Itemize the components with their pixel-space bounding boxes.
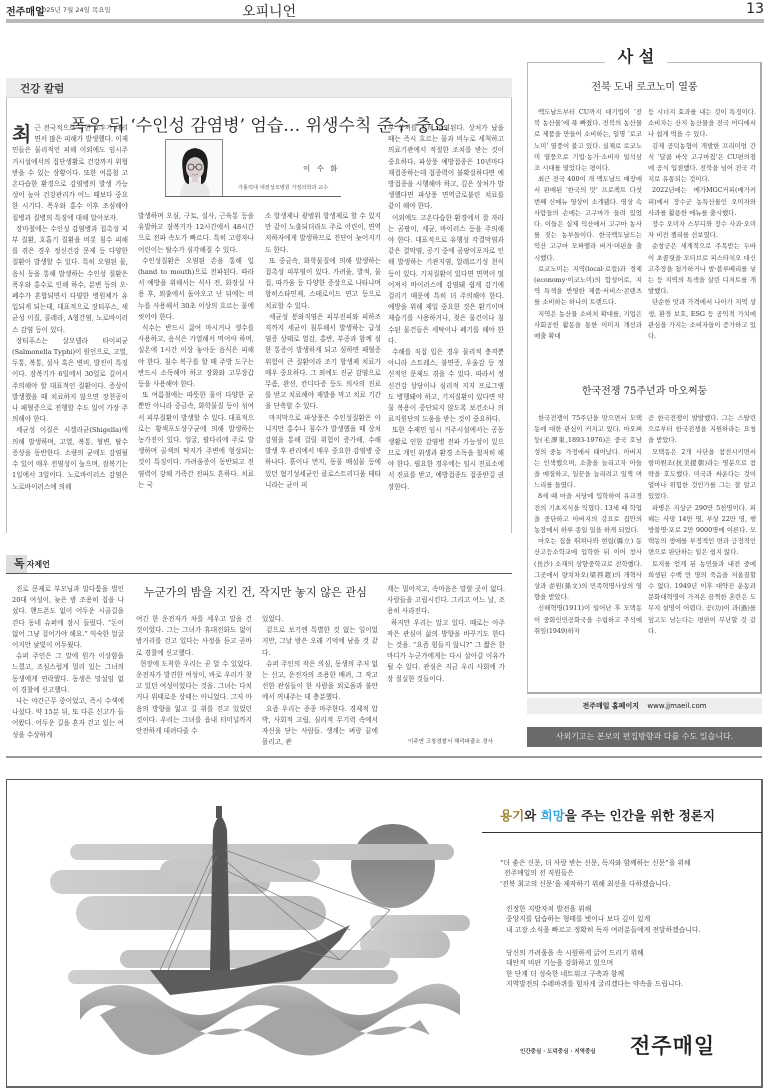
editorial-1-col-1: 맥도날드부터 CU까지 대기업이 ‘전북 농산물’에 푹 빠졌다. 전북의 농산…	[534, 107, 642, 342]
health-text-col-3: 소 항생제나 광범위 항생제로 할 수 있지만 같이 노출되더라도 주로 어린이…	[265, 211, 381, 491]
page-number: 13	[746, 1, 764, 17]
health-text-col-4: 부 상처를 통해 감염된다. 상처가 났을 때는 즉시 흐르는 물과 비누로 세…	[388, 123, 504, 493]
reader-article-title: 누군가의 밤을 지킨 건, 작지만 놓지 않은 관심	[144, 584, 394, 600]
health-text-col-1: 최근 전국적으로 극한 호우가 내리면서 많은 피해가 발생했다. 이재민들은 …	[12, 123, 128, 493]
ad-paragraph-2: 진정한 지방자치 발전을 위해 중앙지를 답습하는 형태를 벗어나 보다 깊이 …	[506, 904, 701, 935]
reader-text-col-2: 여긴 한 운전자가 차를 세우고 말을 건 것이었다. 그는 그녀가 휴대전화도…	[136, 614, 252, 737]
portrait-icon	[166, 140, 223, 197]
section-divider	[6, 756, 762, 758]
drop-cap: 최	[12, 125, 31, 143]
homepage-link[interactable]: www.jjmaeil.com	[647, 702, 706, 710]
editorial-1-col-2: 등 시너지 효과를 내는 것이 특징이다. 소비자는 산지 농산물을 전국 어디…	[648, 107, 756, 342]
reader-text-col-1: 진로 문제로 부모님과 말다툼을 벌인 20대 여성이, 늦은 밤 조용히 집을…	[12, 584, 124, 741]
ad-slogan: 용기와 희망을 주는 인간을 위한 정론지	[500, 806, 715, 824]
ship-lighthouse-illustration-icon	[20, 790, 480, 1070]
paper-logo: 전주매일	[630, 1030, 715, 1060]
health-column-header: 건강 칼럼	[6, 78, 512, 98]
masthead: 전주매일 2025년 7월 24일 목요일 오피니언 13	[0, 0, 768, 22]
issue-date: 2025년 7월 24일 목요일	[38, 5, 111, 14]
reader-column-label: 독자제언	[6, 555, 50, 573]
ad-rule	[482, 832, 762, 833]
section-title: 오피니언	[242, 1, 296, 21]
editorial-title-2: 한국전쟁 75주년과 마오쩌둥	[527, 382, 762, 397]
editorial-2-col-2: 곧 한국전쟁이 발발했다. 그는 스탈린으로부터 한국전쟁을 지원하라는 요청을…	[648, 413, 756, 637]
author-affiliation: 가톨릭대 대전성모병원 가정의학과 교수	[238, 184, 328, 191]
editorial-heading: 사 설	[605, 44, 667, 67]
reader-byline: 이주연 고창경찰서 해리파출소 경사	[408, 737, 493, 745]
reader-text-col-3: 있었다. 겉으로 보기엔 특별한 것 없는 일이었지만, 그날 밤은 오래 기억…	[262, 614, 378, 748]
author-photo	[165, 139, 223, 197]
homepage-label: 전주매일 홈페이지	[582, 702, 639, 710]
editorial-title-1: 전북 도내 로코노미 열풍	[527, 78, 762, 93]
health-text-col-2: 발생하며 오심, 구토, 설사, 근육통 등을 유발하고 잠복기가 12시간에서…	[138, 211, 254, 491]
disclaimer-banner: 사외기고는 본보의 편집방향과 다를 수도 있습니다.	[527, 727, 762, 747]
reader-text-col-4: 계는 멀어지고, 속마음은 말할 곳이 없다. 사람들을 고립시킨다. 그리고 …	[387, 584, 505, 685]
photo-rule	[165, 196, 341, 197]
column-label: 건강 칼럼	[20, 81, 64, 96]
ad-paragraph-1: “더 좋은 신문, 더 사랑 받는 신문, 독자와 함께하는 신문”을 위해 전…	[500, 858, 691, 889]
reader-column-rule	[6, 573, 512, 574]
ad-tagline: 인간중심 · 도덕중심 · 지역중심	[520, 1047, 596, 1055]
author-name: 이 수 화	[303, 163, 340, 174]
homepage-bar: 전주매일 홈페이지 www.jjmaeil.com	[527, 698, 762, 714]
editorial-2-col-1: 한국전쟁이 75주년을 맞으면서 모택동에 대한 관심이 커지고 있다. 마오쩌…	[534, 413, 642, 637]
masthead-rule	[6, 19, 764, 23]
ad-paragraph-3: 당신의 가려움을 속 시원하게 긁어 드리기 위해 대안적 비판 기능을 강화하…	[506, 948, 683, 989]
